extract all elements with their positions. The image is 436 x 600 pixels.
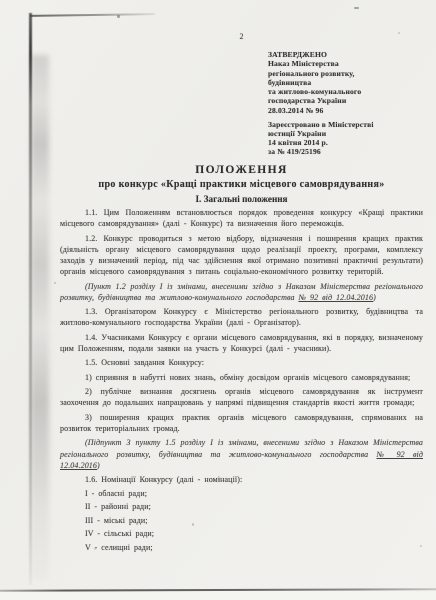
section-heading: I. Загальні положення	[60, 194, 423, 204]
registration-block: Зареєстровано в Міністерстві юстиції Укр…	[268, 120, 423, 157]
nomination-item: I - обласні ради;	[60, 488, 423, 499]
approval-line: господарства України	[268, 96, 423, 105]
scan-left-edge-line	[29, 13, 32, 585]
registration-line: юстиції України	[268, 129, 423, 138]
approval-line: Наказ Міністерства	[268, 59, 423, 68]
document-title: ПОЛОЖЕННЯ	[60, 164, 423, 176]
scan-speck	[398, 32, 400, 34]
scan-speck	[117, 15, 120, 18]
page-number: 2	[60, 0, 423, 41]
approval-order-date: 28.03.2014 № 96	[268, 106, 423, 115]
task-item-1: 1) сприяння в набутті нових знань, обмін…	[60, 372, 423, 383]
scan-speck	[88, 452, 90, 454]
task-item-2: 2) публічне визнання досягнень органів м…	[60, 386, 423, 408]
nomination-item: V - селищні ради;	[60, 542, 423, 553]
scan-speck	[420, 545, 422, 547]
nomination-item: III - міські ради;	[60, 515, 423, 526]
paragraph-1-1: 1.1. Цим Положенням встановлюється поряд…	[60, 207, 423, 229]
document-subtitle: про конкурс «Кращі практики місцевого са…	[60, 179, 423, 190]
registration-line: Зареєстровано в Міністерстві	[268, 120, 423, 129]
approval-line: будівництва	[268, 78, 423, 87]
nomination-item: IV - сільські ради;	[60, 528, 423, 539]
scan-speck	[354, 7, 359, 9]
scan-left-smudge	[31, 55, 49, 580]
approval-block: ЗАТВЕРДЖЕНО Наказ Міністерства регіональ…	[268, 50, 423, 157]
registration-number: за № 419/25196	[268, 147, 423, 156]
registration-date: 14 квітня 2014 р.	[268, 138, 423, 147]
paragraph-1-4: 1.4. Учасниками Конкурсу є органи місцев…	[60, 332, 423, 354]
scanned-document-page: 2 ЗАТВЕРДЖЕНО Наказ Міністерства регіона…	[0, 0, 436, 600]
paragraph-1-6: 1.6. Номінації Конкурсу (далі - номінаці…	[60, 474, 423, 485]
amendment-note-1: (Пункт 1.2 розділу I із змінами, внесени…	[60, 281, 423, 303]
scan-speck	[192, 523, 194, 526]
scan-bottom-margin	[0, 591, 436, 600]
scan-speck	[54, 282, 56, 284]
paragraph-1-3: 1.3. Організатором Конкурсу є Міністерст…	[60, 306, 423, 328]
amendment-text: (Підпункт 3 пункту 1.5 розділу I із змін…	[60, 438, 423, 458]
scan-speck	[94, 548, 96, 550]
task-item-3: 3) поширення кращих практик органів місц…	[60, 412, 423, 434]
amendment-note-2: (Підпункт 3 пункту 1.5 розділу I із змін…	[60, 437, 423, 471]
page-content: 2 ЗАТВЕРДЖЕНО Наказ Міністерства регіона…	[60, 0, 423, 553]
approval-line: регіонального розвитку,	[268, 69, 423, 78]
scan-speck	[218, 478, 220, 481]
approval-line: та житлово-комунального	[268, 87, 423, 96]
nomination-item: II - районні ради;	[60, 501, 423, 512]
approval-line: ЗАТВЕРДЖЕНО	[268, 50, 423, 59]
amendment-close: )	[373, 293, 376, 302]
amendment-close: )	[97, 461, 100, 470]
paragraph-1-5: 1.5. Основні завдання Конкурсу:	[60, 357, 423, 368]
amendment-order-ref: № 92 від 12.04.2016	[298, 293, 373, 302]
paragraph-1-2: 1.2. Конкурс проводиться з метою відбору…	[60, 233, 423, 278]
